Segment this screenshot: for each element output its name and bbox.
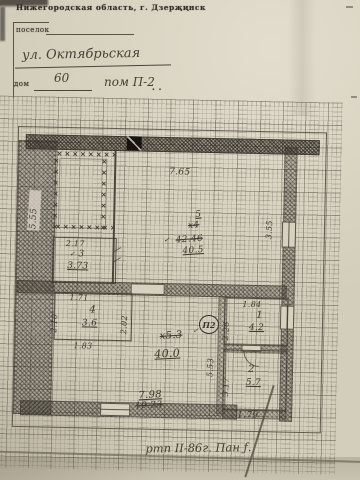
room-2-number: 2 bbox=[248, 364, 255, 375]
room-1-dim-top: 1.84 bbox=[242, 300, 261, 309]
room-5-area: 40.5 bbox=[182, 245, 204, 256]
main-room-area: 40.0 bbox=[154, 347, 180, 361]
room-2-dim-left: 3.17 bbox=[221, 362, 232, 396]
window-symbol bbox=[100, 403, 130, 417]
scanned-floor-plan-sheet: { "header": { "region": "Нижегородская о… bbox=[0, 0, 360, 480]
dim-left-5-55: 5.55 bbox=[27, 190, 41, 231]
main-room-old-label: х5.3 bbox=[159, 329, 182, 341]
room-3-number: 3 bbox=[78, 249, 84, 259]
room-5-old-area: 42.46 bbox=[175, 234, 203, 246]
main-room-old-dim-bottom: 10.23 bbox=[135, 400, 163, 411]
room-5-dim-top: 7.65 bbox=[169, 167, 190, 177]
main-room-dim-side: 5.53 bbox=[205, 345, 216, 377]
room-3-area: 3.73 bbox=[67, 261, 88, 271]
left-exterior-wall bbox=[13, 140, 57, 415]
check-mark: ✓ bbox=[164, 236, 170, 244]
doorway-gap bbox=[131, 283, 165, 295]
room-5-number: 5 bbox=[195, 210, 202, 220]
window-symbol bbox=[282, 222, 297, 248]
check-mark: ✓ bbox=[69, 250, 75, 258]
check-mark: ✓ bbox=[193, 327, 199, 335]
room-1-number: 1 bbox=[256, 310, 263, 321]
room-2-area: 5.7 bbox=[246, 378, 261, 388]
annex-x-border-bottom: ×××××××× bbox=[55, 223, 118, 232]
room-5-dim-right: 3.55 bbox=[264, 207, 275, 239]
room-4-dim-left: 2.10 bbox=[49, 301, 60, 333]
annex-x-border-left: ××××××× bbox=[51, 157, 61, 234]
annex-x-border-top: ×××××××× bbox=[56, 150, 119, 159]
room-1-area: 4.2 bbox=[249, 323, 264, 333]
annex-x-border-right: ××××××× bbox=[99, 158, 109, 235]
room-4-dim-top: 1.71 bbox=[69, 293, 88, 302]
scan-background-below-sheet bbox=[0, 457, 360, 480]
chimney-flue-symbol bbox=[127, 136, 142, 150]
room-4-number: 4 bbox=[89, 304, 96, 315]
room-5-old-number: х4 bbox=[188, 220, 200, 231]
footer-note-handwritten: ртп II-86г. Пан ƒ. bbox=[145, 440, 251, 455]
room-3-dim-top: 2.17 bbox=[66, 239, 85, 248]
room-1-dim-left: 2.26 bbox=[221, 306, 232, 340]
bottom-wall-right-section bbox=[222, 408, 286, 419]
room-4-dim-bottom: 1.83 bbox=[73, 341, 92, 350]
room-4-area: 3.6 bbox=[82, 318, 97, 328]
floor-plan-drawing: 5.55 ×××××××× ×××××××× ××××××× ××××××× 2… bbox=[0, 0, 360, 480]
room-4-dim-right: 2.02 bbox=[119, 302, 130, 334]
